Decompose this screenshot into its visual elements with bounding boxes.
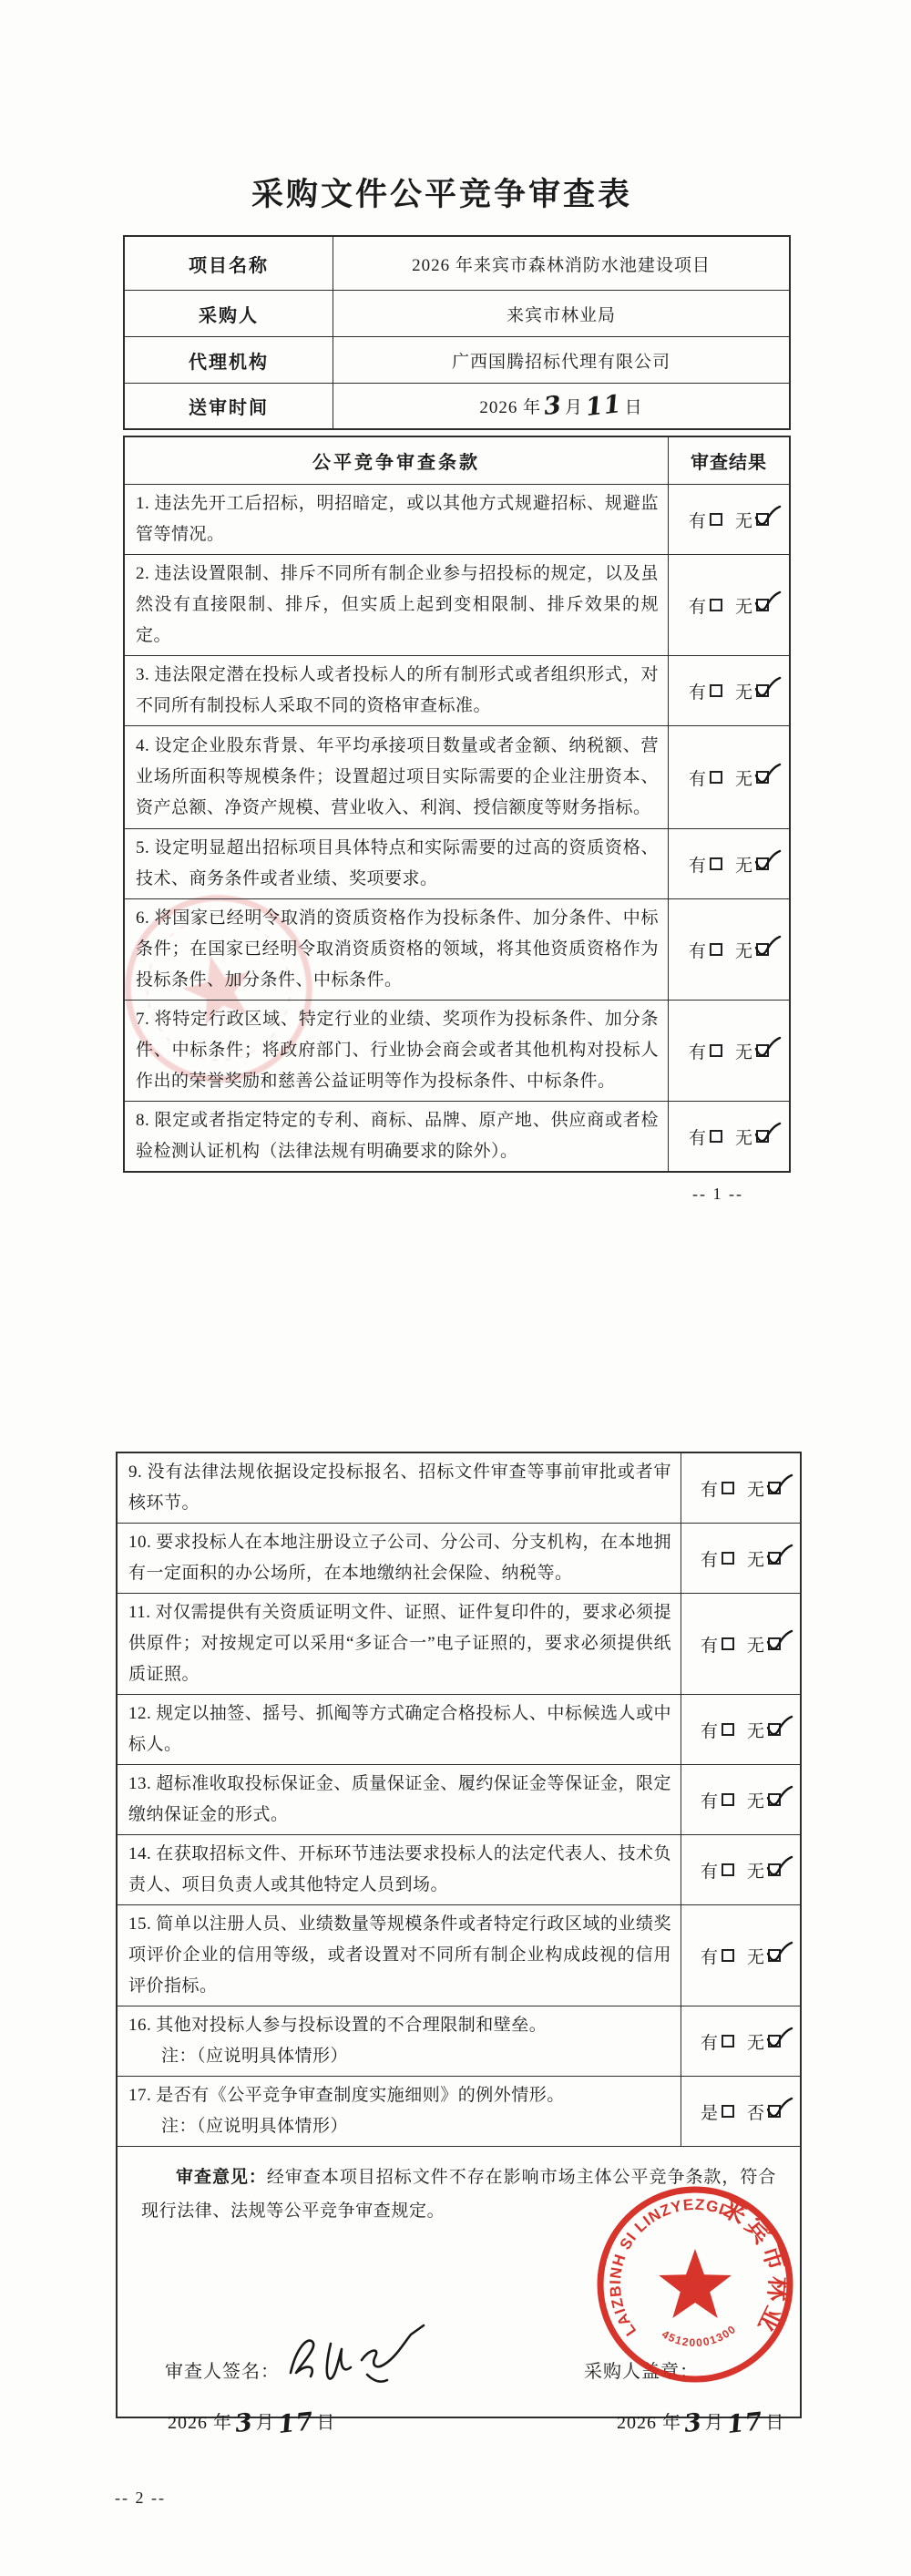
handwritten-checkmark [764, 1855, 793, 1881]
clause-body: 是否有《公平竞争审查制度实施细则》的例外情形。 [156, 2086, 565, 2105]
option-label-2: 无 [747, 1858, 765, 1883]
clause-body: 设定企业股东背景、年平均承接项目数量或者金额、纳税额、营业场所面积等规模条件；设… [136, 736, 659, 817]
clause-body: 没有法律法规依据设定投标报名、招标文件审查等事前审批或者审核环节。 [128, 1462, 671, 1513]
info-label: 采购人 [125, 291, 333, 336]
info-value: 2026 年 3 月 11 日 [333, 384, 789, 428]
scanned-review-form: 采购文件公平竞争审查表 项目名称 2026 年来宾市森林消防水池建设项目 采购人… [0, 0, 911, 2576]
option-label-1: 有 [701, 1632, 719, 1657]
clause-row: 11.对仅需提供有关资质证明文件、证照、证件复印件的，要求必须提供原件；对按规定… [118, 1593, 800, 1694]
info-row-agency: 代理机构 广西国腾招标代理有限公司 [125, 336, 789, 383]
info-label: 送审时间 [125, 384, 333, 428]
handwritten-month: 3 [543, 393, 564, 419]
option-label-1: 有 [701, 1858, 719, 1883]
checkbox-option-2[interactable] [768, 2105, 781, 2118]
option-label-1: 有 [689, 852, 707, 877]
clause-body: 简单以注册人员、业绩数量等规模条件或者特定行政区域的业绩奖项评价企业的信用等级，… [128, 1914, 671, 1996]
option-label-1: 有 [701, 1476, 719, 1501]
clause-cell: 7.将特定行政区域、特定行业的业绩、奖项作为投标条件、加分条件、中标条件；将政府… [125, 1001, 669, 1101]
clause-number: 11. [128, 1603, 151, 1622]
clause-body: 将特定行政区域、特定行业的业绩、奖项作为投标条件、加分条件、中标条件；将政府部门… [136, 1010, 659, 1091]
clause-cell: 11.对仅需提供有关资质证明文件、证照、证件复印件的，要求必须提供原件；对按规定… [118, 1594, 681, 1694]
option-label-2: 无 [747, 2029, 765, 2054]
option-label-2: 无 [747, 1788, 765, 1812]
clause-number: 12. [128, 1704, 151, 1723]
checkbox-option-2[interactable] [768, 1793, 781, 1806]
clause-text: 13.超标准收取投标保证金、质量保证金、履约保证金等保证金，限定缴纳保证金的形式… [128, 1769, 671, 1831]
clause-row: 2.违法设置限制、排斥不同所有制企业参与招投标的规定，以及虽然没有直接限制、排斥… [125, 554, 789, 655]
clause-text: 17.是否有《公平竞争审查制度实施细则》的例外情形。 [128, 2080, 671, 2111]
checkbox-option-1[interactable] [710, 857, 722, 870]
checkbox-option-1[interactable] [710, 1044, 722, 1057]
clause-body: 超标准收取投标保证金、质量保证金、履约保证金等保证金，限定缴纳保证金的形式。 [128, 1774, 671, 1824]
review-result-cell: 有无 [681, 1453, 800, 1523]
date-month-unit: 月 [705, 2413, 724, 2433]
option-label-1: 有 [689, 938, 707, 962]
checkbox-option-2[interactable] [756, 1044, 769, 1057]
review-table-header: 公平竞争审查条款 审查结果 [125, 437, 789, 484]
checkbox-option-1[interactable] [710, 1130, 722, 1143]
clause-body: 违法先开工后招标，明招暗定，或以其他方式规避招标、规避监管等情况。 [136, 494, 659, 544]
handwritten-checkmark [752, 505, 782, 530]
checkbox-option-1[interactable] [722, 1863, 734, 1876]
page1-footer: -- 1 -- [692, 1185, 743, 1204]
option-label-2: 无 [747, 1546, 765, 1571]
clause-row: 7.将特定行政区域、特定行业的业绩、奖项作为投标条件、加分条件、中标条件；将政府… [125, 1000, 789, 1101]
date-day-unit: 日 [765, 2413, 784, 2433]
clause-text: 16.其他对投标人参与投标设置的不合理限制和壁垒。 [128, 2010, 671, 2041]
checkbox-option-2[interactable] [756, 943, 769, 956]
clause-cell: 1.违法先开工后招标，明招暗定，或以其他方式规避招标、规避监管等情况。 [125, 485, 669, 554]
clause-text: 5.设定明显超出招标项目具体特点和实际需要的过高的资质资格、技术、商务条件或者业… [136, 833, 659, 895]
clause-text: 6.将国家已经明令取消的资质资格作为投标条件、加分条件、中标条件；在国家已经明令… [136, 903, 659, 996]
info-value: 来宾市林业局 [333, 291, 789, 336]
clause-row: 17.是否有《公平竞争审查制度实施细则》的例外情形。 注：（应说明具体情形） 是… [118, 2076, 800, 2146]
clause-note: 注：（应说明具体情形） [161, 2111, 671, 2142]
date-year: 2026 年 [168, 2413, 232, 2433]
clause-body: 在获取招标文件、开标环节违法要求投标人的法定代表人、技术负责人、项目负责人或其他… [128, 1844, 671, 1894]
option-label-1: 有 [689, 1124, 707, 1149]
clause-row: 10.要求投标人在本地注册设立子公司、分公司、分支机构，在本地拥有一定面积的办公… [118, 1523, 800, 1593]
option-label-2: 无 [735, 1124, 753, 1149]
checkbox-option-2[interactable] [756, 599, 769, 611]
clause-text: 9.没有法律法规依据设定投标报名、招标文件审查等事前审批或者审核环节。 [128, 1457, 671, 1519]
clause-cell: 16.其他对投标人参与投标设置的不合理限制和壁垒。 注：（应说明具体情形） [118, 2006, 681, 2076]
handwritten-month: 3 [234, 2410, 255, 2437]
checkbox-option-1[interactable] [710, 771, 722, 784]
option-label-2: 否 [747, 2099, 765, 2124]
clause-cell: 9.没有法律法规依据设定投标报名、招标文件审查等事前审批或者审核环节。 [118, 1453, 681, 1523]
option-label-2: 无 [735, 593, 753, 618]
review-table-page1: 公平竞争审查条款 审查结果 1.违法先开工后招标，明招暗定，或以其他方式规避招标… [123, 436, 791, 1173]
option-label-2: 无 [747, 1718, 765, 1742]
handwritten-checkmark [752, 676, 782, 702]
purchaser-date: 2026 年3月17日 [617, 2407, 784, 2436]
checkbox-option-1[interactable] [722, 1723, 734, 1736]
clause-cell: 4.设定企业股东背景、年平均承接项目数量或者金额、纳税额、营业场所面积等规模条件… [125, 726, 669, 828]
review-result-cell: 有无 [669, 555, 789, 655]
handwritten-checkmark [764, 1544, 793, 1569]
checkbox-option-2[interactable] [756, 1130, 769, 1143]
clause-body: 违法设置限制、排斥不同所有制企业参与招投标的规定，以及虽然没有直接限制、排斥，但… [136, 564, 659, 645]
clause-text: 10.要求投标人在本地注册设立子公司、分公司、分支机构，在本地拥有一定面积的办公… [128, 1527, 671, 1589]
option-label-1: 有 [701, 2029, 719, 2054]
clause-number: 15. [128, 1914, 151, 1934]
option-label-1: 有 [701, 1944, 719, 1968]
clause-number: 7. [136, 1010, 149, 1029]
clause-row: 8.限定或者指定特定的专利、商标、品牌、原产地、供应商或者检验检测认证机构（法律… [125, 1101, 789, 1171]
option-label-1: 有 [701, 1718, 719, 1742]
clause-rows: 9.没有法律法规依据设定投标报名、招标文件审查等事前审批或者审核环节。 有无 1… [118, 1453, 800, 2146]
option-label-2: 无 [735, 852, 753, 877]
handwritten-checkmark [764, 1715, 793, 1740]
review-result-cell: 有无 [669, 485, 789, 554]
option-label-2: 无 [747, 1476, 765, 1501]
clause-cell: 8.限定或者指定特定的专利、商标、品牌、原产地、供应商或者检验检测认证机构（法律… [125, 1102, 669, 1171]
option-label-1: 有 [689, 593, 707, 618]
clause-row: 14.在获取招标文件、开标环节违法要求投标人的法定代表人、技术负责人、项目负责人… [118, 1834, 800, 1904]
review-result-cell: 有无 [681, 1695, 800, 1764]
option-label-2: 无 [735, 938, 753, 962]
clause-note: 注：（应说明具体情形） [161, 2041, 671, 2072]
clause-body: 要求投标人在本地注册设立子公司、分公司、分支机构，在本地拥有一定面积的办公场所，… [128, 1533, 671, 1583]
review-result-cell: 有无 [669, 829, 789, 898]
date-month-unit: 月 [256, 2413, 275, 2433]
clause-number: 6. [136, 908, 149, 928]
clause-header-label: 公平竞争审查条款 [125, 437, 669, 484]
handwritten-checkmark [752, 763, 782, 788]
clause-cell: 15.简单以注册人员、业绩数量等规模条件或者特定行政区域的业绩奖项评价企业的信用… [118, 1905, 681, 2006]
checkbox-option-1[interactable] [722, 2035, 734, 2047]
clause-rows: 1.违法先开工后招标，明招暗定，或以其他方式规避招标、规避监管等情况。 有无 2… [125, 484, 789, 1171]
review-result-cell: 有无 [669, 899, 789, 1000]
clause-body: 违法限定潜在投标人或者投标人的所有制形式或者组织形式，对不同所有制投标人采取不同… [136, 665, 659, 715]
handwritten-checkmark [764, 1629, 793, 1655]
handwritten-checkmark [752, 1036, 782, 1062]
opinion-label: 审查意见： [176, 2168, 267, 2187]
checkbox-option-1[interactable] [722, 2105, 734, 2118]
handwritten-checkmark [764, 1473, 793, 1499]
page2-footer: -- 2 -- [115, 2489, 166, 2508]
clause-body: 其他对投标人参与投标设置的不合理限制和壁垒。 [156, 2016, 547, 2035]
option-label-2: 无 [747, 1632, 765, 1657]
clause-text: 8.限定或者指定特定的专利、商标、品牌、原产地、供应商或者检验检测认证机构（法律… [136, 1105, 659, 1167]
checkbox-option-1[interactable] [722, 1949, 734, 1962]
info-row-submission-date: 送审时间 2026 年 3 月 11 日 [125, 383, 789, 428]
review-result-cell: 有无 [681, 2006, 800, 2076]
review-result-cell: 有无 [669, 656, 789, 725]
review-result-cell: 有无 [669, 1102, 789, 1171]
checkbox-option-1[interactable] [722, 1793, 734, 1806]
clause-row: 3.违法限定潜在投标人或者投标人的所有制形式或者组织形式，对不同所有制投标人采取… [125, 655, 789, 725]
handwritten-checkmark [752, 590, 782, 616]
handwritten-checkmark [752, 1122, 782, 1147]
clause-cell: 6.将国家已经明令取消的资质资格作为投标条件、加分条件、中标条件；在国家已经明令… [125, 899, 669, 1000]
info-label: 项目名称 [125, 237, 333, 290]
review-result-cell: 有无 [681, 1765, 800, 1834]
official-stamp: LAIZBINH SI LINZYEZGIZ 来宾市林业局 4512000130… [590, 2180, 800, 2389]
checkbox-option-1[interactable] [722, 1482, 734, 1494]
checkbox-option-2[interactable] [756, 513, 769, 526]
option-label-1: 有 [689, 1039, 707, 1063]
checkbox-option-1[interactable] [722, 1552, 734, 1565]
clause-body: 限定或者指定特定的专利、商标、品牌、原产地、供应商或者检验检测认证机构（法律法规… [136, 1111, 659, 1161]
clause-cell: 2.违法设置限制、排斥不同所有制企业参与招投标的规定，以及虽然没有直接限制、排斥… [125, 555, 669, 655]
clause-body: 将国家已经明令取消的资质资格作为投标条件、加分条件、中标条件；在国家已经明令取消… [136, 908, 659, 990]
clause-cell: 12.规定以抽签、摇号、抓阄等方式确定合格投标人、中标候选人或中标人。 [118, 1695, 681, 1764]
review-result-cell: 有无 [681, 1524, 800, 1593]
clause-cell: 13.超标准收取投标保证金、质量保证金、履约保证金等保证金，限定缴纳保证金的形式… [118, 1765, 681, 1834]
project-info-table: 项目名称 2026 年来宾市森林消防水池建设项目 采购人 来宾市林业局 代理机构… [123, 235, 791, 430]
clause-text: 1.违法先开工后招标，明招暗定，或以其他方式规避招标、规避监管等情况。 [136, 488, 659, 550]
checkbox-option-2[interactable] [768, 1637, 781, 1650]
date-year: 2026 年 [479, 394, 541, 418]
handwritten-checkmark [764, 1785, 793, 1811]
clause-text: 15.简单以注册人员、业绩数量等规模条件或者特定行政区域的业绩奖项评价企业的信用… [128, 1909, 671, 2002]
clause-text: 7.将特定行政区域、特定行业的业绩、奖项作为投标条件、加分条件、中标条件；将政府… [136, 1004, 659, 1097]
option-label-1: 有 [689, 508, 707, 532]
clause-number: 17. [128, 2086, 151, 2105]
checkbox-option-2[interactable] [756, 857, 769, 870]
page-title: 采购文件公平竞争审查表 [0, 169, 884, 215]
clause-number: 2. [136, 564, 149, 583]
clause-number: 16. [128, 2016, 151, 2035]
clause-cell: 14.在获取招标文件、开标环节违法要求投标人的法定代表人、技术负责人、项目负责人… [118, 1835, 681, 1904]
handwritten-day: 17 [725, 2409, 763, 2437]
clause-text: 3.违法限定潜在投标人或者投标人的所有制形式或者组织形式，对不同所有制投标人采取… [136, 660, 659, 722]
checkbox-option-1[interactable] [710, 943, 722, 956]
checkbox-option-2[interactable] [756, 684, 769, 697]
handwritten-checkmark [752, 935, 782, 960]
handwritten-month: 3 [683, 2410, 704, 2437]
review-result-cell: 是否 [681, 2077, 800, 2146]
info-label: 代理机构 [125, 337, 333, 383]
info-row-project-name: 项目名称 2026 年来宾市森林消防水池建设项目 [125, 237, 789, 290]
option-label-1: 有 [689, 679, 707, 703]
clause-cell: 10.要求投标人在本地注册设立子公司、分公司、分支机构，在本地拥有一定面积的办公… [118, 1524, 681, 1593]
checkbox-option-2[interactable] [768, 1552, 781, 1565]
clause-number: 4. [136, 736, 149, 755]
clause-number: 13. [128, 1774, 151, 1793]
handwritten-checkmark [764, 2027, 793, 2052]
date-day-unit: 日 [625, 394, 643, 418]
clause-text: 12.规定以抽签、摇号、抓阄等方式确定合格投标人、中标候选人或中标人。 [128, 1699, 671, 1760]
clause-row: 15.简单以注册人员、业绩数量等规模条件或者特定行政区域的业绩奖项评价企业的信用… [118, 1904, 800, 2006]
reviewer-signature [272, 2320, 436, 2404]
review-result-cell: 有无 [669, 726, 789, 828]
clause-text: 14.在获取招标文件、开标环节违法要求投标人的法定代表人、技术负责人、项目负责人… [128, 1839, 671, 1901]
stamp-star-icon [659, 2249, 732, 2318]
option-label-1: 有 [689, 765, 707, 790]
result-header-label: 审查结果 [669, 437, 789, 484]
option-label-2: 无 [735, 765, 753, 790]
checkbox-option-2[interactable] [768, 1723, 781, 1736]
clause-number: 14. [128, 1844, 151, 1863]
review-result-cell: 有无 [681, 1905, 800, 2006]
checkbox-option-1[interactable] [722, 1637, 734, 1650]
reviewer-signature-label: 审查人签名： [165, 2362, 280, 2382]
date-day-unit: 日 [316, 2413, 335, 2433]
clause-row: 4.设定企业股东背景、年平均承接项目数量或者金额、纳税额、营业场所面积等规模条件… [125, 725, 789, 828]
option-label-2: 无 [735, 508, 753, 532]
option-label-2: 无 [735, 679, 753, 703]
checkbox-option-1[interactable] [710, 599, 722, 611]
clause-number: 1. [136, 494, 149, 513]
checkbox-option-2[interactable] [768, 1482, 781, 1494]
clause-number: 3. [136, 665, 149, 684]
checkbox-option-2[interactable] [756, 771, 769, 784]
clause-number: 8. [136, 1111, 149, 1130]
date-year: 2026 年 [617, 2413, 681, 2433]
checkbox-option-2[interactable] [768, 2035, 781, 2047]
review-result-cell: 有无 [681, 1594, 800, 1694]
clause-number: 9. [128, 1462, 142, 1482]
clause-body: 设定明显超出招标项目具体特点和实际需要的过高的资质资格、技术、商务条件或者业绩、… [136, 838, 659, 888]
clause-cell: 3.违法限定潜在投标人或者投标人的所有制形式或者组织形式，对不同所有制投标人采取… [125, 656, 669, 725]
clause-text: 11.对仅需提供有关资质证明文件、证照、证件复印件的，要求必须提供原件；对按规定… [128, 1597, 671, 1690]
info-row-purchaser: 采购人 来宾市林业局 [125, 290, 789, 336]
clause-row: 13.超标准收取投标保证金、质量保证金、履约保证金等保证金，限定缴纳保证金的形式… [118, 1764, 800, 1834]
option-label-1: 有 [701, 1788, 719, 1812]
clause-row: 6.将国家已经明令取消的资质资格作为投标条件、加分条件、中标条件；在国家已经明令… [125, 898, 789, 1000]
clause-row: 9.没有法律法规依据设定投标报名、招标文件审查等事前审批或者审核环节。 有无 [118, 1453, 800, 1523]
reviewer-date: 2026 年3月17日 [168, 2407, 335, 2436]
clause-number: 5. [136, 838, 149, 857]
option-label-2: 无 [735, 1039, 753, 1063]
handwritten-day: 17 [276, 2409, 314, 2437]
checkbox-option-2[interactable] [768, 1949, 781, 1962]
handwritten-day: 11 [585, 392, 623, 420]
clause-number: 10. [128, 1533, 151, 1552]
clause-row: 5.设定明显超出招标项目具体特点和实际需要的过高的资质资格、技术、商务条件或者业… [125, 828, 789, 898]
clause-row: 16.其他对投标人参与投标设置的不合理限制和壁垒。 注：（应说明具体情形） 有无 [118, 2006, 800, 2076]
clause-cell: 17.是否有《公平竞争审查制度实施细则》的例外情形。 注：（应说明具体情形） [118, 2077, 681, 2146]
review-result-cell: 有无 [681, 1835, 800, 1904]
clause-text: 2.违法设置限制、排斥不同所有制企业参与招投标的规定，以及虽然没有直接限制、排斥… [136, 559, 659, 652]
clause-body: 规定以抽签、摇号、抓阄等方式确定合格投标人、中标候选人或中标人。 [128, 1704, 671, 1754]
review-result-cell: 有无 [669, 1001, 789, 1101]
info-value: 2026 年来宾市森林消防水池建设项目 [333, 237, 789, 290]
handwritten-checkmark [764, 2097, 793, 2122]
clause-body: 对仅需提供有关资质证明文件、证照、证件复印件的，要求必须提供原件；对按规定可以采… [128, 1603, 671, 1684]
handwritten-checkmark [752, 849, 782, 875]
handwritten-checkmark [764, 1941, 793, 1966]
option-label-1: 有 [701, 1546, 719, 1571]
checkbox-option-1[interactable] [710, 684, 722, 697]
checkbox-option-1[interactable] [710, 513, 722, 526]
clause-row: 1.违法先开工后招标，明招暗定，或以其他方式规避招标、规避监管等情况。 有无 [125, 484, 789, 554]
clause-cell: 5.设定明显超出招标项目具体特点和实际需要的过高的资质资格、技术、商务条件或者业… [125, 829, 669, 898]
date-month-unit: 月 [565, 394, 583, 418]
checkbox-option-2[interactable] [768, 1863, 781, 1876]
reviewer-signature-line: 审查人签名： [165, 2356, 280, 2383]
option-label-1: 是 [701, 2099, 719, 2124]
clause-text: 4.设定企业股东背景、年平均承接项目数量或者金额、纳税额、营业场所面积等规模条件… [136, 731, 659, 824]
option-label-2: 无 [747, 1944, 765, 1968]
info-value: 广西国腾招标代理有限公司 [333, 337, 789, 383]
clause-row: 12.规定以抽签、摇号、抓阄等方式确定合格投标人、中标候选人或中标人。 有无 [118, 1694, 800, 1764]
